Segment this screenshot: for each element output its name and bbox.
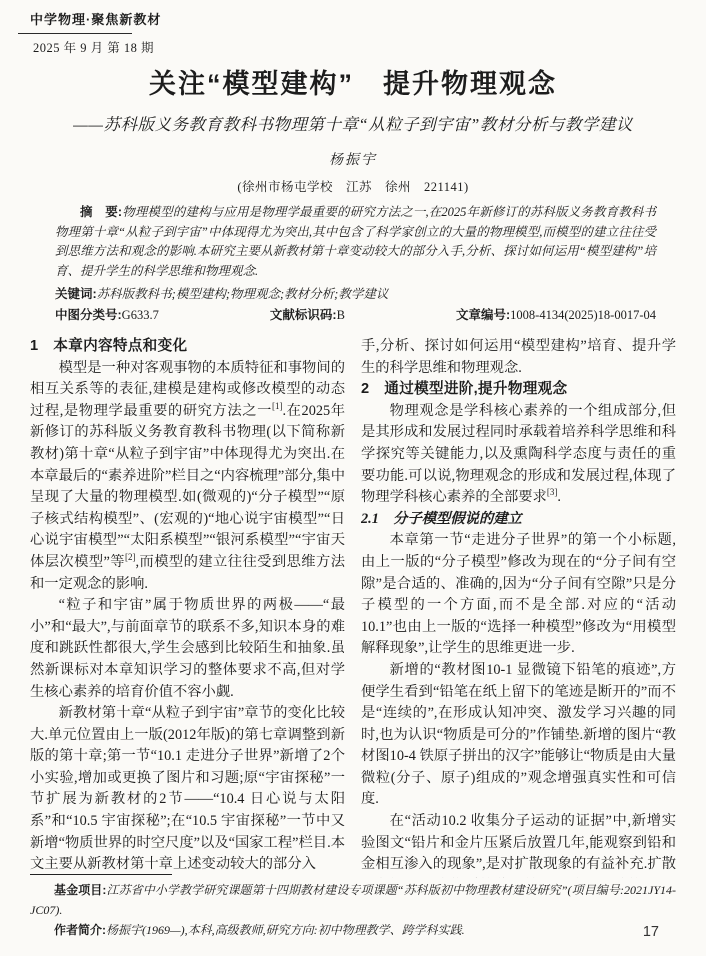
paragraph: 物理观念是学科核心素养的一个组成部分,但是其形成和发展过程同时承载着培养科学思维… [361, 401, 676, 509]
paragraph-text: .在2025年新修订的苏科版义务教育教科书物理(以下简称新教材)第十章“从粒子到… [30, 403, 345, 570]
fund-project-label: 基金项目: [54, 883, 106, 897]
footnote-divider [30, 874, 172, 875]
fund-project-text: 江苏省中小学教学研究课题第十四期教材建设专项课题“苏科版初中物理教材建设研究”(… [30, 883, 676, 917]
clc-label: 中图分类号: [55, 308, 122, 322]
document-code-value: B [337, 308, 345, 322]
paragraph: 本章第一节“走进分子世界”的第一个小标题,由上一版的“分子模型”修改为现在的“分… [361, 530, 676, 660]
issue-date: 2025 年 9 月 第 18 期 [18, 34, 161, 56]
section-2-1-heading: 2.1 分子模型假说的建立 [361, 509, 676, 531]
author-bio-text: 杨振宇(1969—),本科,高级教师,研究方向:初中物理教学、跨学科实践. [106, 923, 465, 937]
abstract-label: 摘 要: [80, 205, 122, 219]
footnote: 基金项目:江苏省中小学教学研究课题第十四期教材建设专项课题“苏科版初中物理教材建… [30, 874, 676, 940]
paragraph-continuation: 手,分析、探讨如何运用“模型建构”培育、提升学生的科学思维和物理观念. [361, 336, 676, 379]
article-title: 关注“模型建构” 提升物理观念 [0, 62, 706, 101]
page-header: 中学物理·聚焦新教材 2025 年 9 月 第 18 期 [18, 9, 161, 56]
abstract-text: 物理模型的建构与应用是物理学最重要的研究方法之一,在2025年新修订的苏科版义务… [55, 205, 656, 278]
author-bio-label: 作者简介: [54, 923, 106, 937]
paragraph: “粒子和宇宙”属于物质世界的两极——“最小”和“最大”,与前面章节的联系不多,知… [30, 595, 345, 703]
author-affiliation: (徐州市杨屯学校 江苏 徐州 221141) [0, 177, 706, 195]
section-2-heading: 2 通过模型进阶,提升物理观念 [361, 379, 676, 401]
paragraph: 新教材第十章“从粒子到宇宙”章节的变化比较大.单元位置由上一版(2012年版)的… [30, 703, 345, 876]
left-column: 1 本章内容特点和变化 模型是一种对客观事物的本质特征和事物间的相互关系等的表征… [30, 336, 345, 878]
page-number: 17 [643, 924, 659, 940]
document-code: 文献标识码:B [270, 305, 345, 323]
author-bio: 作者简介:杨振宇(1969—),本科,高级教师,研究方向:初中物理教学、跨学科实… [30, 920, 676, 940]
keywords: 关键词:苏科版教科书;模型建构;物理观念;教材分析;教学建议 [55, 284, 656, 302]
fund-project: 基金项目:江苏省中小学教学研究课题第十四期教材建设专项课题“苏科版初中物理教材建… [30, 880, 676, 920]
paragraph-text: . [557, 489, 561, 505]
paragraph-text: 物理观念是学科核心素养的一个组成部分,但是其形成和发展过程同时承载着培养科学思维… [361, 403, 676, 505]
journal-name: 中学物理·聚焦新教材 [18, 9, 161, 33]
abstract: 摘 要:物理模型的建构与应用是物理学最重要的研究方法之一,在2025年新修订的苏… [55, 203, 656, 281]
article-id: 文章编号:1008-4134(2025)18-0017-04 [456, 305, 656, 323]
keywords-text: 苏科版教科书;模型建构;物理观念;教材分析;教学建议 [97, 287, 389, 301]
section-1-heading: 1 本章内容特点和变化 [30, 336, 345, 358]
paragraph: 新增的“教材图10-1 显微镜下铅笔的痕迹”,方便学生看到“铅笔在纸上留下的笔迹… [361, 660, 676, 811]
article-meta: 中图分类号:G633.7 文献标识码:B 文章编号:1008-4134(2025… [55, 305, 656, 323]
author-name: 杨振宇 [0, 149, 706, 169]
right-column: 手,分析、探讨如何运用“模型建构”培育、提升学生的科学思维和物理观念. 2 通过… [361, 336, 676, 878]
keywords-label: 关键词: [55, 287, 97, 301]
article-id-value: 1008-4134(2025)18-0017-04 [510, 308, 656, 322]
journal-page: 中学物理·聚焦新教材 2025 年 9 月 第 18 期 关注“模型建构” 提升… [0, 0, 706, 956]
article-id-label: 文章编号: [456, 308, 510, 322]
clc-number: 中图分类号:G633.7 [55, 305, 159, 323]
reference-marker: [1] [272, 401, 283, 411]
article-subtitle: ——苏科版义务教育教科书物理第十章“从粒子到宇宙”教材分析与教学建议 [0, 111, 706, 135]
reference-marker: [2] [125, 552, 136, 562]
reference-marker: [3] [547, 487, 558, 497]
article-body: 1 本章内容特点和变化 模型是一种对客观事物的本质特征和事物间的相互关系等的表征… [30, 336, 676, 878]
paragraph: 模型是一种对客观事物的本质特征和事物间的相互关系等的表征,建模是建构或修改模型的… [30, 358, 345, 596]
clc-value: G633.7 [122, 308, 159, 322]
paragraph: 在“活动10.2 收集分子运动的证据”中,新增实验图文“铅片和金片压紧后放置几年… [361, 811, 676, 878]
document-code-label: 文献标识码: [270, 308, 337, 322]
